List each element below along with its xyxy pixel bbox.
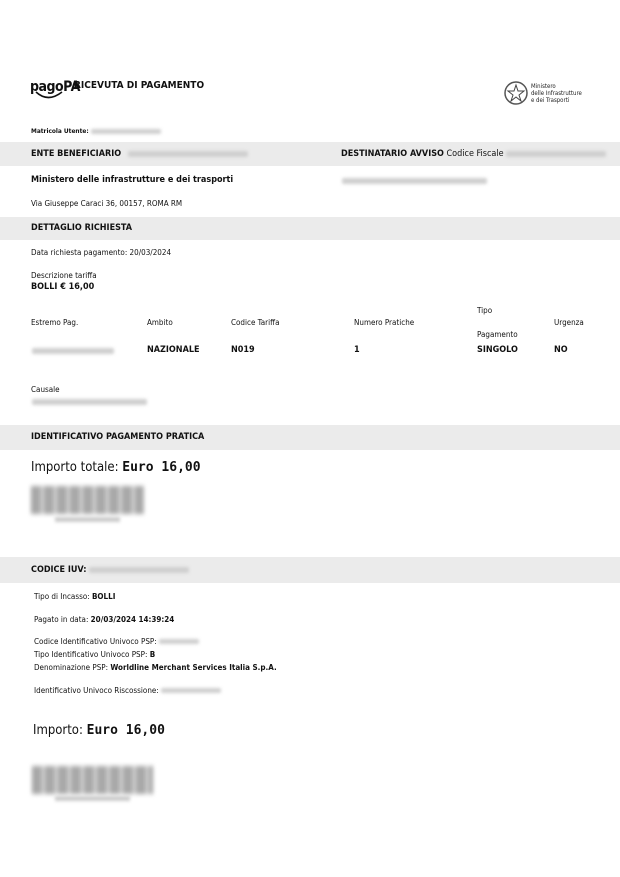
codice-psp-label: Codice Identificativo Univoco PSP: [34, 637, 157, 646]
tipo-incasso-value: BOLLI [92, 592, 115, 601]
riscossione-label: Identificativo Univoco Riscossione: [34, 686, 159, 695]
th-numero-pratiche: Numero Pratiche [354, 318, 414, 327]
ente-label: ENTE BENEFICIARIO [31, 149, 121, 159]
importo-value: Euro 16,00 [87, 723, 165, 738]
td-codice-tariffa: N019 [231, 345, 255, 355]
importo-totale-value: Euro 16,00 [122, 460, 200, 475]
causale-label: Causale [31, 385, 60, 394]
descrizione-value: BOLLI € 16,00 [31, 282, 94, 292]
riscossione-redacted [161, 688, 221, 693]
identificativo-header: IDENTIFICATIVO PAGAMENTO PRATICA [31, 432, 204, 442]
th-urgenza: Urgenza [554, 318, 584, 327]
italian-republic-emblem-icon [503, 80, 529, 106]
cf-label: Codice Fiscale [447, 149, 504, 159]
barcode-number-redacted [55, 517, 120, 522]
ente-name: Ministero delle infrastrutture e dei tra… [31, 175, 233, 185]
th-tipo-line2: Pagamento [477, 330, 518, 339]
pagato-label: Pagato in data: [34, 615, 88, 624]
pagato-value: 20/03/2024 14:39:24 [91, 615, 175, 624]
ente-beneficiario-header: ENTE BENEFICIARIO [31, 149, 248, 159]
dettaglio-header: DETTAGLIO RICHIESTA [31, 223, 132, 233]
matricola-label: Matricola Utente: [31, 127, 89, 135]
matricola-field: Matricola Utente: [31, 127, 161, 135]
ente-address: Via Giuseppe Caraci 36, 00157, ROMA RM [31, 199, 182, 208]
tipo-incasso-label: Tipo di Incasso: [34, 592, 90, 601]
td-urgenza: NO [554, 345, 568, 355]
th-codice-tariffa: Codice Tariffa [231, 318, 279, 327]
pagopa-swoosh-icon [34, 91, 64, 101]
denominazione-psp: Denominazione PSP: Worldline Merchant Se… [34, 663, 277, 672]
barcode-iuv-number-redacted [55, 796, 130, 801]
barcode-pratica [32, 486, 144, 514]
th-ambito: Ambito [147, 318, 173, 327]
pagopa-logo: pagoPA [30, 76, 80, 95]
destinatario-header: DESTINATARIO AVVISO Codice Fiscale [341, 149, 606, 159]
denominazione-value: Worldline Merchant Services Italia S.p.A… [110, 663, 276, 672]
data-richiesta: Data richiesta pagamento: 20/03/2024 [31, 248, 171, 257]
ministry-line: Ministero [531, 83, 582, 90]
td-estremo-redacted [32, 348, 114, 354]
ministry-line: delle Infrastrutture [531, 90, 582, 97]
iuv-label: CODICE IUV: [31, 565, 87, 575]
pagato-in-data: Pagato in data: 20/03/2024 14:39:24 [34, 615, 174, 624]
causale-value-redacted [32, 399, 147, 405]
th-estremo: Estremo Pag. [31, 318, 78, 327]
tipo-psp: Tipo Identificativo Univoco PSP: B [34, 650, 155, 659]
importo: Importo: Euro 16,00 [33, 723, 165, 738]
tipo-incasso: Tipo di Incasso: BOLLI [34, 592, 115, 601]
tipo-psp-label: Tipo Identificativo Univoco PSP: [34, 650, 147, 659]
codice-psp-redacted [159, 639, 199, 644]
destinatario-name-redacted [342, 178, 487, 184]
importo-label: Importo: [33, 723, 83, 738]
ministry-logo: Ministero delle Infrastrutture e dei Tra… [503, 80, 613, 110]
ente-cf-redacted [128, 151, 248, 157]
matricola-value-redacted [91, 129, 161, 134]
importo-totale: Importo totale: Euro 16,00 [31, 460, 201, 475]
ministry-line: e dei Trasporti [531, 97, 582, 104]
td-tipo-pagamento: SINGOLO [477, 345, 518, 355]
iuv-value-redacted [89, 567, 189, 573]
destinatario-label: DESTINATARIO AVVISO [341, 149, 444, 159]
receipt-title: RICEVUTA DI PAGAMENTO [74, 80, 204, 91]
td-ambito: NAZIONALE [147, 345, 200, 355]
cf-value-redacted [506, 151, 606, 157]
codice-psp: Codice Identificativo Univoco PSP: [34, 637, 199, 646]
tipo-psp-value: B [150, 650, 155, 659]
td-numero-pratiche: 1 [354, 345, 360, 355]
descrizione-label: Descrizione tariffa [31, 271, 97, 280]
iuv-header: CODICE IUV: [31, 565, 189, 575]
denominazione-label: Denominazione PSP: [34, 663, 108, 672]
barcode-iuv [33, 766, 153, 794]
identificativo-riscossione: Identificativo Univoco Riscossione: [34, 686, 221, 695]
th-tipo-line1: Tipo [477, 306, 492, 315]
importo-totale-label: Importo totale: [31, 460, 119, 475]
